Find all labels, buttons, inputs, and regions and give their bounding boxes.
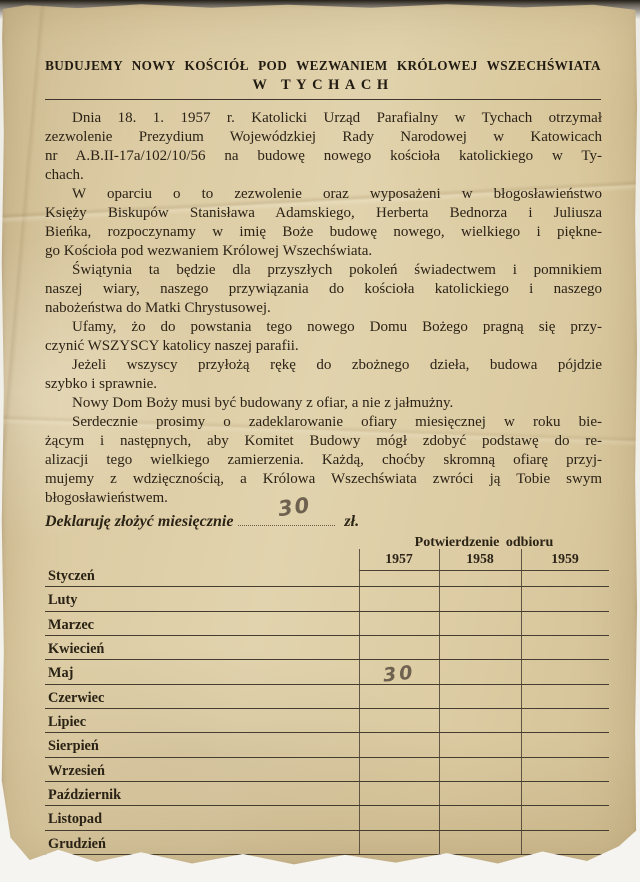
paragraph-line: Nowy Dom Boży musi być budowany z ofiar,… (45, 394, 602, 413)
scanned-document-page: BUDUJEMY NOWY KOŚCIÓŁ POD WEZWANIEM KRÓL… (1, 3, 638, 867)
paragraph-line: Serdecznie prosimy o zadeklarowanie ofia… (45, 413, 602, 432)
paragraph-line: naszej wiary, naszego przywiązania do ko… (45, 280, 602, 299)
table-row: Czerwiec (45, 685, 609, 709)
paragraph-line: zezwolenie Prezydium Wojewódzkiej Rady N… (45, 128, 602, 147)
document-header: BUDUJEMY NOWY KOŚCIÓŁ POD WEZWANIEM KRÓL… (45, 58, 601, 100)
document-subtitle: W TYCHACH (45, 77, 601, 94)
month-label: Sierpień (48, 738, 99, 754)
table-row: Marzec (45, 612, 609, 636)
month-label: Maj (48, 665, 73, 681)
paragraph-line: alizacji tego wielkiego zamierzenia. Każ… (45, 451, 602, 470)
paragraph-line: Ufamy, żo do powstania tego nowego Domu … (45, 318, 602, 337)
paragraph-line: chach. (45, 166, 602, 185)
amount-dotted-line: 30 (238, 511, 335, 526)
handwritten-amount: 30 (277, 493, 313, 521)
month-label: Lipiec (48, 714, 86, 730)
paragraph-line: Księży Biskupów Stanisława Adamskiego, H… (45, 204, 602, 223)
paragraph-line: Dnia 18. 1. 1957 r. Katolicki Urząd Para… (45, 109, 602, 128)
table-row: Luty (45, 587, 609, 611)
month-label: Grudzień (48, 836, 106, 852)
paragraph-line: nabożeństwa do Matki Chrystusowej. (45, 299, 602, 318)
month-label: Styczeń (48, 568, 95, 584)
table-row: Kwiecień (45, 636, 609, 660)
table-row: Lipiec (45, 709, 609, 733)
paragraph-line: błogosławieństwem. (45, 489, 602, 508)
paragraph-line: mujemy z wdzięcznością, a Królowa Wszech… (45, 470, 602, 489)
table-row: Sierpień (45, 733, 609, 757)
paragraph-line: żącym i następnych, aby Komitet Budowy m… (45, 432, 602, 451)
paragraph-line: czynić WSZYSCY katolicy naszej parafii. (45, 337, 602, 356)
month-label: Wrzesień (48, 763, 105, 779)
month-label: Marzec (48, 617, 94, 633)
table-title: Potwierdzenie odbioru (357, 535, 611, 551)
declaration-line: Deklaruję złożyć miesięcznie30zł. (45, 511, 601, 531)
month-label: Listopad (48, 811, 102, 827)
paragraph-line: Jeżeli wszyscy przyłożą rękę do zbożnego… (45, 356, 602, 375)
receipt-table: Styczeń Luty Marzec Kwiecień Maj 30 Czer… (45, 563, 609, 855)
paragraph-line: Bieńka, rozpoczynamy w imię Boże budowę … (45, 223, 602, 242)
month-label: Kwiecień (48, 641, 104, 657)
body-text: Dnia 18. 1. 1957 r. Katolicki Urząd Para… (45, 109, 602, 508)
month-label: Październik (48, 787, 121, 803)
declaration-label: Deklaruję złożyć miesięcznie (45, 513, 233, 530)
table-row: Listopad (45, 806, 609, 830)
amount-unit: zł. (344, 513, 359, 530)
month-label: Luty (48, 592, 77, 608)
table-row: Styczeń (45, 563, 609, 587)
table-row: Maj 30 (45, 660, 609, 684)
paragraph-line: W oparciu o to zezwolenie oraz wyposażen… (45, 185, 602, 204)
document-title: BUDUJEMY NOWY KOŚCIÓŁ POD WEZWANIEM KRÓL… (45, 58, 601, 74)
paragraph-line: szybko i sprawnie. (45, 375, 602, 394)
month-label: Czerwiec (48, 690, 104, 706)
paragraph-line: Świątynia ta będzie dla przyszłych pokol… (45, 261, 602, 280)
table-row: Grudzień (45, 831, 609, 855)
table-row: Wrzesień (45, 758, 609, 782)
paragraph-line: go Kościoła pod wezwaniem Królowej Wszec… (45, 242, 602, 261)
table-row: Październik (45, 782, 609, 806)
paragraph-line: nr A.B.II-17a/102/10/56 na budowę nowego… (45, 147, 602, 166)
